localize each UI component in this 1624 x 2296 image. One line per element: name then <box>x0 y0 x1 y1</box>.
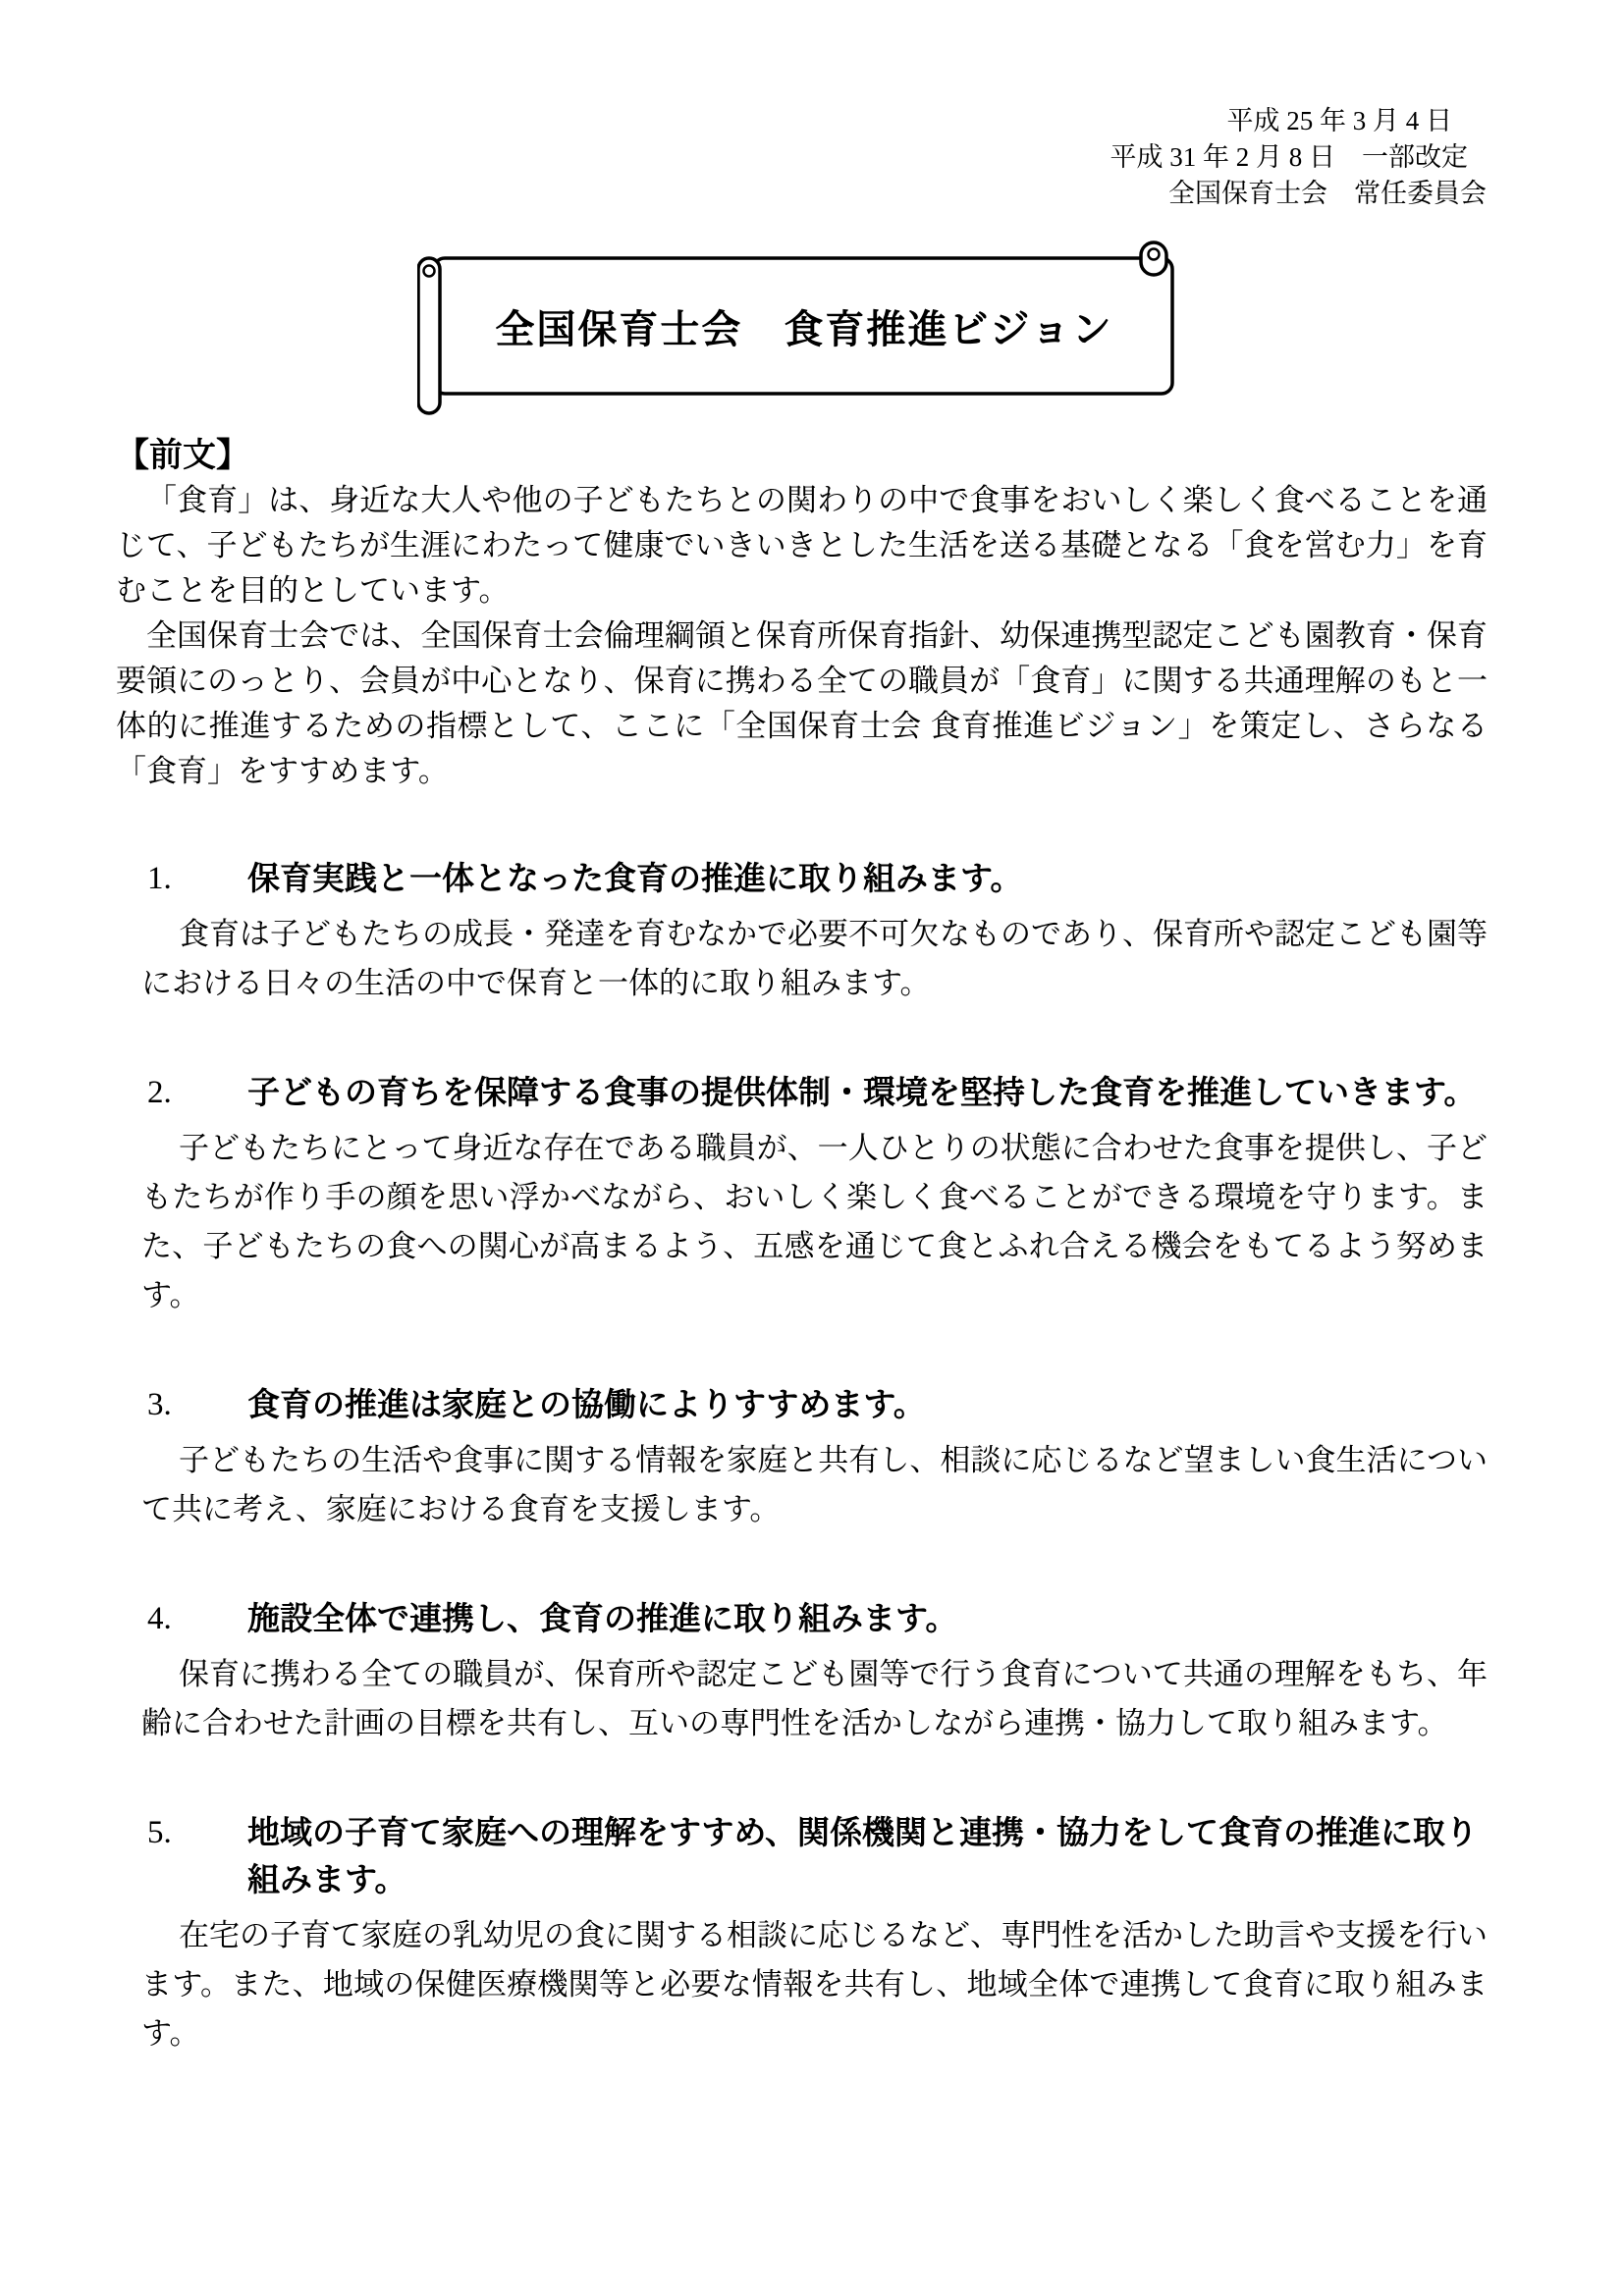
item-number: 2. <box>147 1069 247 1116</box>
preface-paragraph-2: 全国保育士会では、全国保育士会倫理綱領と保育所保育指針、幼保連携型認定こども園教… <box>116 614 1488 794</box>
item-title: 地域の子育て家庭への理解をすすめ、関係機関と連携・協力をして食育の推進に取り組み… <box>247 1809 1488 1903</box>
vision-item-5: 5. 地域の子育て家庭への理解をすすめ、関係機関と連携・協力をして食育の推進に取… <box>116 1809 1488 2058</box>
item-number: 1. <box>147 855 247 902</box>
vision-item-5-heading: 5. 地域の子育て家庭への理解をすすめ、関係機関と連携・協力をして食育の推進に取… <box>147 1809 1488 1903</box>
item-title: 食育の推進は家庭との協働によりすすめます。 <box>247 1381 1488 1428</box>
vision-item-4: 4. 施設全体で連携し、食育の推進に取り組みます。 保育に携わる全ての職員が、保… <box>116 1595 1488 1748</box>
item-number: 3. <box>147 1381 247 1428</box>
item-title: 子どもの育ちを保障する食事の提供体制・環境を堅持した食育を推進していきます。 <box>247 1069 1488 1116</box>
item-body: 在宅の子育て家庭の乳幼児の食に関する相談に応じるなど、専門性を活かした助言や支援… <box>141 1911 1488 2058</box>
item-number: 5. <box>147 1809 247 1903</box>
document-page: 平成 25 年 3 月 4 日 平成 31 年 2 月 8 日 一部改定 全国保… <box>0 0 1624 2296</box>
item-title: 保育実践と一体となった食育の推進に取り組みます。 <box>247 855 1488 902</box>
preface-section: 【前文】 「食育」は、身近な大人や他の子どもたちとの関わりの中で食事をおいしく楽… <box>116 433 1488 794</box>
item-body: 子どもたちにとって身近な存在である職員が、一人ひとりの状態に合わせた食事を提供し… <box>141 1124 1488 1320</box>
item-body: 子どもたちの生活や食事に関する情報を家庭と共有し、相談に応じるなど望ましい食生活… <box>141 1436 1488 1534</box>
preface-heading: 【前文】 <box>116 433 1488 478</box>
vision-item-1-heading: 1. 保育実践と一体となった食育の推進に取り組みます。 <box>147 855 1488 902</box>
item-number: 4. <box>147 1595 247 1642</box>
item-body: 食育は子どもたちの成長・発達を育むなかで必要不可欠なものであり、保育所や認定こど… <box>141 910 1488 1008</box>
document-title: 全国保育士会 食育推進ビジョン <box>437 258 1171 394</box>
vision-item-2: 2. 子どもの育ちを保障する食事の提供体制・環境を堅持した食育を推進していきます… <box>116 1069 1488 1320</box>
vision-item-3-heading: 3. 食育の推進は家庭との協働によりすすめます。 <box>147 1381 1488 1428</box>
date-block: 平成 25 年 3 月 4 日 平成 31 年 2 月 8 日 一部改定 全国保… <box>116 103 1488 212</box>
item-body: 保育に携わる全ての職員が、保育所や認定こども園等で行う食育について共通の理解をも… <box>141 1650 1488 1748</box>
date-line-revised: 平成 31 年 2 月 8 日 一部改定 <box>116 139 1488 176</box>
vision-item-1: 1. 保育実践と一体となった食育の推進に取り組みます。 食育は子どもたちの成長・… <box>116 855 1488 1008</box>
preface-paragraph-1: 「食育」は、身近な大人や他の子どもたちとの関わりの中で食事をおいしく楽しく食べる… <box>116 478 1488 614</box>
committee-name: 全国保育士会 常任委員会 <box>116 176 1488 212</box>
vision-item-2-heading: 2. 子どもの育ちを保障する食事の提供体制・環境を堅持した食育を推進していきます… <box>147 1069 1488 1116</box>
vision-item-3: 3. 食育の推進は家庭との協働によりすすめます。 子どもたちの生活や食事に関する… <box>116 1381 1488 1534</box>
item-title: 施設全体で連携し、食育の推進に取り組みます。 <box>247 1595 1488 1642</box>
title-banner: 全国保育士会 食育推進ビジョン <box>417 240 1183 419</box>
vision-item-4-heading: 4. 施設全体で連携し、食育の推進に取り組みます。 <box>147 1595 1488 1642</box>
date-line-issued: 平成 25 年 3 月 4 日 <box>116 103 1488 139</box>
